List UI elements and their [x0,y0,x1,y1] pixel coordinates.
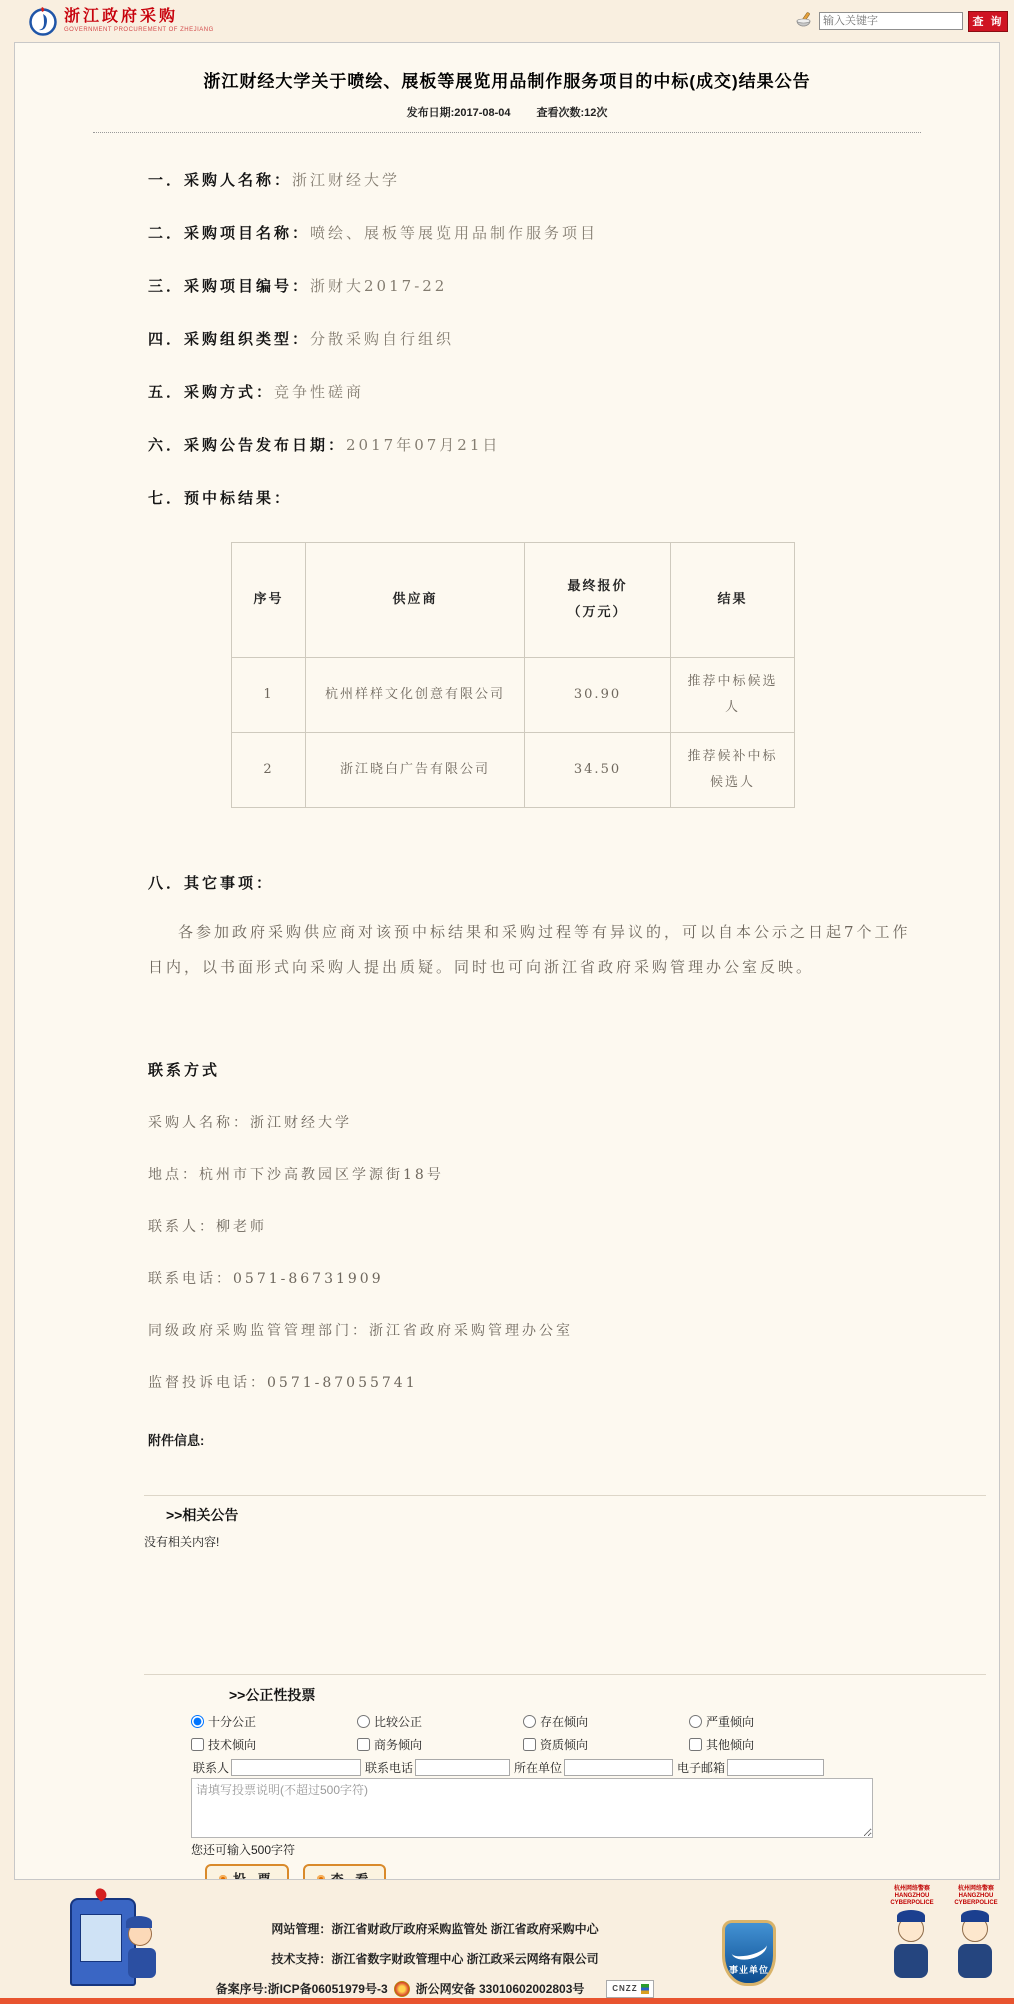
col-price: 最终报价 （万元） [525,543,671,658]
contact-address: 地点：杭州市下沙高教园区学源街18号 [148,1164,999,1184]
radio-fairly-fair[interactable]: 比较公正 [357,1713,523,1730]
email-field[interactable] [727,1759,824,1776]
col-result: 结果 [671,543,795,658]
cyber-police-badge: 杭州网络警察 HANGZHOU CYBERPOLICE [884,1886,940,1907]
announcement-fields: 一．采购人名称：浙江财经大学 二．采购项目名称：喷绘、展板等展览用品制作服务项目… [148,169,999,508]
radio-fairly-fair-input[interactable] [357,1715,370,1728]
cyber-police-badge: 杭州网络警察 HANGZHOU CYBERPOLICE [948,1886,1004,1907]
checkbox-other-bias-input[interactable] [689,1738,702,1751]
radio-very-fair[interactable]: 十分公正 [191,1713,357,1730]
contact-name-field[interactable] [231,1759,361,1776]
contact-heading: 联系方式 [148,1059,999,1080]
public-security-badge-icon [394,1981,410,1997]
public-institution-shield-icon: 事业单位 [722,1920,776,1986]
radio-some-bias[interactable]: 存在倾向 [523,1713,689,1730]
section-divider [144,1674,986,1675]
attachment-label: 附件信息: [148,1430,999,1449]
pre-award-result-table: 序号 供应商 最终报价 （万元） 结果 1 杭州样样文化创意有限公司 30.90… [231,542,795,808]
cnzz-flag-icon [641,1984,649,1994]
view-votes-button[interactable]: 查 看 [303,1864,387,1880]
vote-buttons: 投 票 查 看 [205,1864,999,1880]
footer-management-line: 网站管理：浙江省财政厅政府采购监管处 浙江省政府采购中心 [215,1914,655,1944]
checkbox-other-bias[interactable]: 其他倾向 [689,1736,855,1753]
checkbox-business-bias-input[interactable] [357,1738,370,1751]
contact-purchaser: 采购人名称：浙江财经大学 [148,1112,999,1132]
site-logo-emblem-icon [28,6,58,36]
table-header-row: 序号 供应商 最终报价 （万元） 结果 [232,543,795,658]
email-label: 电子邮箱 [677,1759,725,1776]
police-figure-icon [886,1910,936,1988]
field-pre-result: 七．预中标结果： [148,487,999,508]
ink-cup-pencil-icon [794,11,814,31]
related-empty-text: 没有相关内容! [144,1533,999,1550]
site-logo-title: 浙江政府采购 [64,9,214,25]
vote-comment-textarea[interactable] [191,1778,873,1838]
search-area: 查 询 [794,11,1008,32]
police-figure-icon [950,1910,1000,1988]
announcement-meta: 发布日期:2017-08-04 查看次数:12次 [15,104,999,120]
section-other-matters-heading: 八．其它事项： [148,872,999,893]
vote-button[interactable]: 投 票 [205,1864,289,1880]
section-divider [144,1495,986,1496]
contact-tel-label: 联系电话 [365,1759,413,1776]
search-input[interactable] [819,12,963,30]
remaining-chars-text: 您还可输入500字符 [191,1841,999,1858]
contact-tel-field[interactable] [415,1759,510,1776]
site-footer: 网站管理：浙江省财政厅政府采购监管处 浙江省政府采购中心 技术支持：浙江省数字财… [0,1880,1014,1998]
announcement-panel: 浙江财经大学关于喷绘、展板等展览用品制作服务项目的中标(成交)结果公告 发布日期… [14,42,1000,1880]
contact-regulator: 同级政府采购监管管理部门：浙江省政府采购管理办公室 [148,1320,999,1340]
section-other-matters-text: 各参加政府采购供应商对该预中标结果和采购过程等有异议的，可以自本公示之日起7个工… [148,915,920,985]
page-title: 浙江财经大学关于喷绘、展板等展览用品制作服务项目的中标(成交)结果公告 [15,43,999,92]
site-logo[interactable]: 浙江政府采购 GOVERNMENT PROCUREMENT OF ZHEJIAN… [28,6,214,36]
checkbox-qualification-bias-input[interactable] [523,1738,536,1751]
bottom-accent-bar [0,1998,1014,2004]
radio-severe-bias[interactable]: 严重倾向 [689,1713,855,1730]
vote-checkbox-row: 技术倾向 商务倾向 资质倾向 其他倾向 [191,1736,999,1753]
field-org-type: 四．采购组织类型：分散采购自行组织 [148,328,999,349]
dotted-divider [93,132,921,133]
radio-severe-bias-input[interactable] [689,1715,702,1728]
checkbox-qualification-bias[interactable]: 资质倾向 [523,1736,689,1753]
fairness-vote-heading: >>公正性投票 [229,1685,999,1705]
table-row: 2 浙江晓白广告有限公司 34.50 推荐候补中标候选人 [232,733,795,808]
work-unit-label: 所在单位 [514,1759,562,1776]
contact-complaint-phone: 监督投诉电话：0571-87055741 [148,1372,999,1392]
cnzz-stats-badge[interactable]: CNZZ [606,1980,654,1998]
radio-very-fair-input[interactable] [191,1715,204,1728]
field-method: 五．采购方式：竞争性磋商 [148,381,999,402]
field-purchaser: 一．采购人名称：浙江财经大学 [148,169,999,190]
footer-support-line: 技术支持：浙江省数字财政管理中心 浙江政采云网络有限公司 [215,1944,655,1974]
col-seq: 序号 [232,543,306,658]
contact-name-label: 联系人 [193,1759,229,1776]
cyber-police-mascots-image: 杭州网络警察 HANGZHOU CYBERPOLICE 杭州网络警察 HANGZ… [884,1886,1006,1992]
contact-phone: 联系电话：0571-86731909 [148,1268,999,1288]
checkbox-tech-bias[interactable]: 技术倾向 [191,1736,357,1753]
contact-person: 联系人：柳老师 [148,1216,999,1236]
table-row: 1 杭州样样文化创意有限公司 30.90 推荐中标候选人 [232,658,795,733]
shield-label: 事业单位 [725,1963,773,1976]
vote-fields-row: 联系人 联系电话 所在单位 电子邮箱 [193,1759,999,1776]
police-kiosk-icon [70,1898,136,1986]
police-figure-icon [128,1922,162,1982]
top-header: 浙江政府采购 GOVERNMENT PROCUREMENT OF ZHEJIAN… [0,0,1014,42]
related-announcements-heading: >>相关公告 [166,1505,999,1525]
police-kiosk-mascot-image [56,1888,211,1988]
search-button[interactable]: 查 询 [968,11,1008,32]
footer-text-block: 网站管理：浙江省财政厅政府采购监管处 浙江省政府采购中心 技术支持：浙江省数字财… [215,1914,655,2004]
view-count: 查看次数:12次 [537,104,608,120]
checkbox-tech-bias-input[interactable] [191,1738,204,1751]
col-supplier: 供应商 [306,543,525,658]
publish-date: 发布日期:2017-08-04 [407,104,511,120]
field-project-number: 三．采购项目编号：浙财大2017-22 [148,275,999,296]
field-project-name: 二．采购项目名称：喷绘、展板等展览用品制作服务项目 [148,222,999,243]
vote-radio-row: 十分公正 比较公正 存在倾向 严重倾向 [191,1713,999,1730]
checkbox-business-bias[interactable]: 商务倾向 [357,1736,523,1753]
field-announce-date: 六．采购公告发布日期：2017年07月21日 [148,434,999,455]
radio-some-bias-input[interactable] [523,1715,536,1728]
site-logo-subtitle: GOVERNMENT PROCUREMENT OF ZHEJIANG [64,27,214,33]
work-unit-field[interactable] [564,1759,673,1776]
